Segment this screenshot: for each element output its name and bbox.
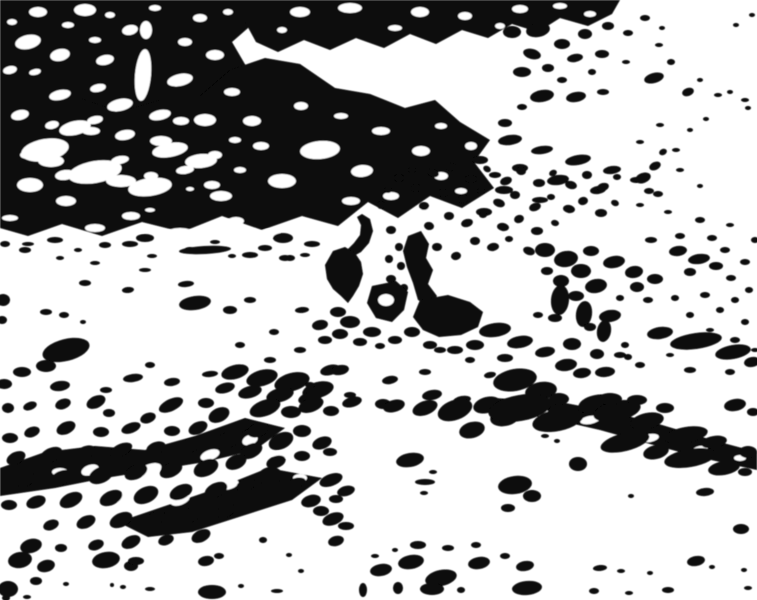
ink-blob (727, 90, 733, 94)
texture-hole (85, 224, 105, 232)
ink-blob (533, 312, 543, 318)
texture-hole (56, 196, 76, 206)
ink-blob (244, 297, 256, 303)
ink-blob (139, 268, 151, 272)
ink-blob (214, 553, 224, 559)
ink-blob (653, 191, 663, 197)
ink-blob (738, 468, 752, 476)
ink-blob (434, 347, 446, 353)
texture-hole (82, 127, 100, 135)
ink-blob (397, 262, 405, 270)
texture-hole (277, 27, 287, 33)
ink-blob (730, 337, 740, 343)
texture-hole (294, 102, 308, 110)
ink-blob (444, 212, 454, 220)
texture-hole (178, 38, 192, 46)
ink-blob (709, 262, 723, 270)
ink-blob (659, 26, 665, 30)
ink-blob (733, 23, 739, 27)
ink-blob (410, 541, 426, 549)
ink-blob (415, 479, 435, 485)
ink-blob (384, 187, 392, 193)
ink-blob (377, 201, 385, 209)
ink-blob (330, 307, 346, 317)
ink-blob (700, 292, 710, 298)
ink-blob (595, 209, 607, 217)
texture-hole (210, 191, 232, 201)
ink-blob (613, 174, 621, 180)
texture-hole (290, 7, 310, 17)
ink-blob (419, 202, 429, 210)
ink-blob (531, 227, 543, 235)
texture-hole (229, 137, 241, 143)
ink-blob (706, 328, 714, 332)
ink-blob (535, 243, 555, 257)
ink-blob (684, 268, 696, 276)
texture-hole (7, 19, 17, 25)
ink-blob (281, 406, 301, 418)
ink-blob (617, 569, 625, 573)
ink-blob (259, 537, 267, 543)
ink-blob (584, 323, 596, 331)
ink-blob (733, 524, 749, 534)
ink-blob (578, 29, 592, 39)
ink-blob (100, 387, 112, 393)
ink-blob (749, 13, 755, 17)
ink-blob (258, 245, 272, 251)
ink-blob (726, 223, 734, 227)
texture-hole (223, 9, 233, 15)
illusion-canvas (0, 0, 757, 600)
ink-blob (716, 307, 724, 313)
ink-blob (695, 217, 705, 223)
ink-blob (465, 175, 477, 183)
ink-blob (656, 123, 664, 127)
ink-blob (636, 203, 644, 207)
texture-hole (412, 146, 430, 156)
dalmatian-illusion-image (0, 0, 757, 600)
ink-blob (471, 542, 481, 548)
ink-blob (472, 156, 488, 164)
texture-hole (89, 37, 101, 43)
ink-blob (466, 340, 484, 350)
texture-hole (106, 175, 136, 187)
texture-hole (168, 228, 192, 236)
dog-chest-hole (378, 294, 394, 306)
ink-blob (329, 495, 343, 503)
ink-blob (647, 274, 663, 284)
ink-blob (264, 357, 276, 363)
ink-blob (616, 295, 624, 301)
ink-blob (741, 568, 747, 572)
texture-hole (122, 212, 140, 220)
ink-blob (479, 212, 487, 218)
ink-blob (725, 369, 735, 375)
ink-blob (394, 174, 404, 182)
ink-blob (305, 382, 315, 388)
texture-hole (149, 5, 161, 11)
ink-blob (635, 362, 645, 368)
ink-blob (703, 117, 709, 121)
ink-blob (145, 587, 155, 591)
texture-hole (455, 188, 467, 194)
ink-blob (298, 569, 304, 573)
texture-hole (20, 151, 36, 159)
texture-hole (383, 192, 399, 200)
ink-blob (554, 39, 570, 49)
ink-blob (598, 393, 622, 405)
ink-blob (13, 367, 31, 377)
ink-blob (93, 427, 109, 437)
ink-blob (624, 354, 632, 360)
ink-blob (533, 179, 545, 187)
ink-blob (23, 595, 31, 599)
texture-hole (268, 174, 296, 188)
ink-blob (644, 188, 654, 194)
texture-hole (342, 197, 360, 205)
ink-blob (128, 557, 144, 565)
ink-blob (523, 490, 541, 502)
texture-hole (243, 116, 261, 126)
texture-hole (411, 7, 429, 17)
ink-blob (145, 362, 155, 368)
ink-blob (386, 226, 396, 234)
ink-blob (672, 148, 680, 152)
ink-blob (2, 403, 14, 413)
ink-blob (498, 119, 512, 127)
ink-blob (332, 329, 348, 339)
ink-blob (273, 233, 293, 243)
ink-blob (709, 565, 715, 569)
ink-blob (22, 242, 34, 246)
ink-blob (571, 264, 591, 278)
ink-blob (300, 253, 310, 257)
ink-blob (136, 234, 154, 242)
ink-blob (597, 89, 609, 95)
ink-blob (0, 241, 10, 247)
ink-blob (675, 233, 685, 239)
ink-blob (375, 343, 385, 349)
ink-blob (602, 22, 614, 30)
ink-blob (532, 197, 548, 203)
ink-blob (640, 15, 650, 21)
ink-blob (323, 448, 337, 456)
ink-blob (517, 104, 527, 110)
ink-blob (647, 571, 653, 575)
ink-blob (80, 320, 86, 324)
ink-blob (643, 297, 653, 303)
ink-blob (656, 403, 674, 413)
ink-blob (404, 327, 420, 337)
texture-hole (173, 117, 189, 125)
ink-blob (122, 241, 138, 247)
texture-hole (144, 172, 158, 180)
ink-blob (359, 583, 367, 597)
ink-blob (198, 398, 214, 408)
texture-hole (465, 142, 477, 150)
ink-blob (548, 314, 562, 322)
ink-blob (432, 243, 442, 251)
texture-hole (204, 181, 220, 189)
texture-hole (29, 7, 47, 17)
ink-blob (63, 582, 69, 586)
ink-blob (568, 291, 584, 301)
ink-blob (103, 409, 115, 417)
ink-blob (429, 470, 437, 474)
ink-blob (19, 247, 31, 253)
ink-blob (340, 316, 360, 328)
ink-blob (198, 585, 226, 599)
ink-blob (589, 588, 599, 594)
texture-hole (194, 114, 216, 126)
ink-blob (408, 167, 416, 173)
ink-blob (238, 584, 244, 588)
ink-blob (645, 237, 657, 243)
ink-blob (707, 235, 717, 241)
ink-blob (294, 347, 306, 353)
ink-blob (505, 236, 513, 242)
ink-blob (477, 188, 485, 194)
ink-blob (745, 106, 751, 110)
ink-blob (30, 577, 42, 585)
ink-blob (371, 554, 379, 558)
ink-blob (510, 191, 520, 199)
ink-blob (628, 494, 634, 498)
ink-blob (242, 252, 258, 258)
ink-blob (279, 255, 291, 261)
ink-blob (731, 297, 739, 303)
texture-hole (62, 22, 74, 28)
texture-hole (150, 136, 172, 146)
ink-blob (563, 338, 581, 350)
ink-blob (684, 367, 696, 373)
ink-blob (55, 544, 67, 552)
ink-blob (395, 243, 403, 251)
ink-blob (147, 254, 157, 258)
ink-blob (294, 451, 310, 461)
ink-blob (625, 591, 633, 595)
ink-blob (388, 336, 402, 344)
texture-hole (17, 178, 43, 192)
ink-blob (664, 210, 672, 214)
ink-blob (623, 30, 633, 36)
ink-blob (630, 282, 644, 292)
ink-blob (745, 287, 753, 293)
texture-hole (105, 12, 115, 18)
ink-blob (447, 346, 463, 354)
ink-blob (223, 306, 237, 314)
texture-hole (495, 23, 505, 29)
texture-hole (584, 11, 596, 17)
texture-hole (38, 155, 64, 167)
ink-blob (210, 240, 220, 244)
texture-hole (372, 127, 390, 135)
ink-blob (304, 241, 320, 247)
ink-blob (541, 434, 549, 438)
ink-blob (636, 140, 644, 144)
ink-blob (495, 186, 513, 194)
ink-blob (655, 43, 663, 47)
ink-blob (590, 349, 604, 359)
texture-hole (132, 227, 148, 233)
ink-blob (420, 583, 444, 595)
ink-blob (720, 247, 730, 253)
ink-blob (90, 261, 100, 265)
ink-blob (627, 395, 647, 405)
ink-blob (501, 504, 515, 512)
ink-blob (582, 171, 592, 179)
ink-blob (465, 357, 475, 363)
texture-hole (234, 167, 246, 173)
texture-hole (338, 3, 362, 13)
ink-blob (1, 500, 17, 510)
ink-blob (353, 338, 367, 346)
ink-blob (423, 341, 437, 349)
ink-blob (697, 78, 703, 82)
ink-blob (393, 582, 403, 594)
ink-blob (542, 64, 554, 72)
texture-hole (299, 223, 313, 229)
ink-blob (671, 295, 679, 301)
ink-blob (36, 360, 56, 372)
texture-hole (512, 5, 528, 13)
ink-blob (419, 369, 431, 375)
ink-blob (110, 583, 114, 587)
ink-blob (489, 172, 501, 178)
ink-blob (595, 50, 609, 58)
ink-blob (741, 319, 749, 325)
ink-blob (686, 312, 694, 318)
ink-blob (667, 59, 675, 65)
ink-blob (286, 553, 292, 557)
texture-hole (458, 12, 472, 20)
ink-blob (56, 256, 64, 260)
ink-blob (323, 406, 339, 416)
ink-blob (622, 60, 630, 64)
ink-blob (500, 553, 510, 559)
ink-blob (697, 184, 703, 188)
texture-hole (334, 113, 348, 119)
ink-blob (497, 354, 513, 362)
texture-hole (2, 215, 18, 221)
ink-blob (40, 309, 52, 315)
texture-hole (224, 88, 240, 96)
ink-blob (583, 246, 599, 256)
texture-hole (388, 25, 402, 31)
ink-blob (666, 353, 674, 357)
ink-blob (318, 336, 332, 344)
ink-blob (547, 194, 555, 200)
ink-blob (588, 69, 596, 75)
ink-blob (235, 342, 245, 348)
ink-blob (228, 254, 236, 258)
ink-blob (740, 259, 750, 265)
ink-blob (293, 425, 311, 437)
ink-blob (457, 587, 465, 593)
ink-blob (470, 237, 480, 245)
ink-blob (741, 98, 749, 102)
ink-blob (662, 587, 674, 593)
texture-hole (74, 4, 96, 16)
ink-blob (2, 433, 18, 443)
texture-hole (145, 208, 155, 212)
texture-hole (435, 123, 447, 129)
ink-blob (385, 255, 393, 263)
ink-blob (513, 67, 531, 77)
ink-blob (726, 275, 736, 281)
ink-blob (569, 457, 587, 471)
ink-blob (714, 93, 722, 97)
ink-blob (271, 589, 283, 593)
ink-blob (74, 248, 82, 252)
ink-blob (420, 491, 428, 495)
ink-blob (676, 168, 684, 172)
texture-hole (253, 142, 269, 150)
ink-blob (549, 393, 569, 405)
ink-blob (120, 585, 126, 589)
ink-blob (744, 586, 752, 590)
texture-hole (553, 3, 567, 9)
ink-blob (621, 342, 629, 348)
ink-blob (164, 426, 180, 436)
ink-blob (557, 77, 567, 83)
ink-blob (99, 242, 111, 248)
ink-blob (392, 548, 398, 552)
ink-blob (47, 237, 63, 243)
ink-blob (313, 506, 329, 516)
ink-blob (554, 439, 560, 443)
ink-blob (59, 312, 69, 318)
ink-blob (687, 128, 693, 132)
texture-hole (228, 217, 244, 225)
texture-hole (186, 187, 194, 191)
ink-blob (338, 522, 354, 530)
ink-blob (442, 545, 454, 551)
ink-blob (739, 446, 757, 458)
ink-blob (541, 267, 553, 275)
texture-hole (140, 21, 152, 39)
ink-blob (503, 26, 521, 38)
ink-blob (79, 280, 91, 286)
texture-hole (206, 50, 224, 60)
texture-hole (193, 14, 207, 22)
ink-blob (269, 329, 279, 335)
ink-blob (363, 327, 381, 337)
